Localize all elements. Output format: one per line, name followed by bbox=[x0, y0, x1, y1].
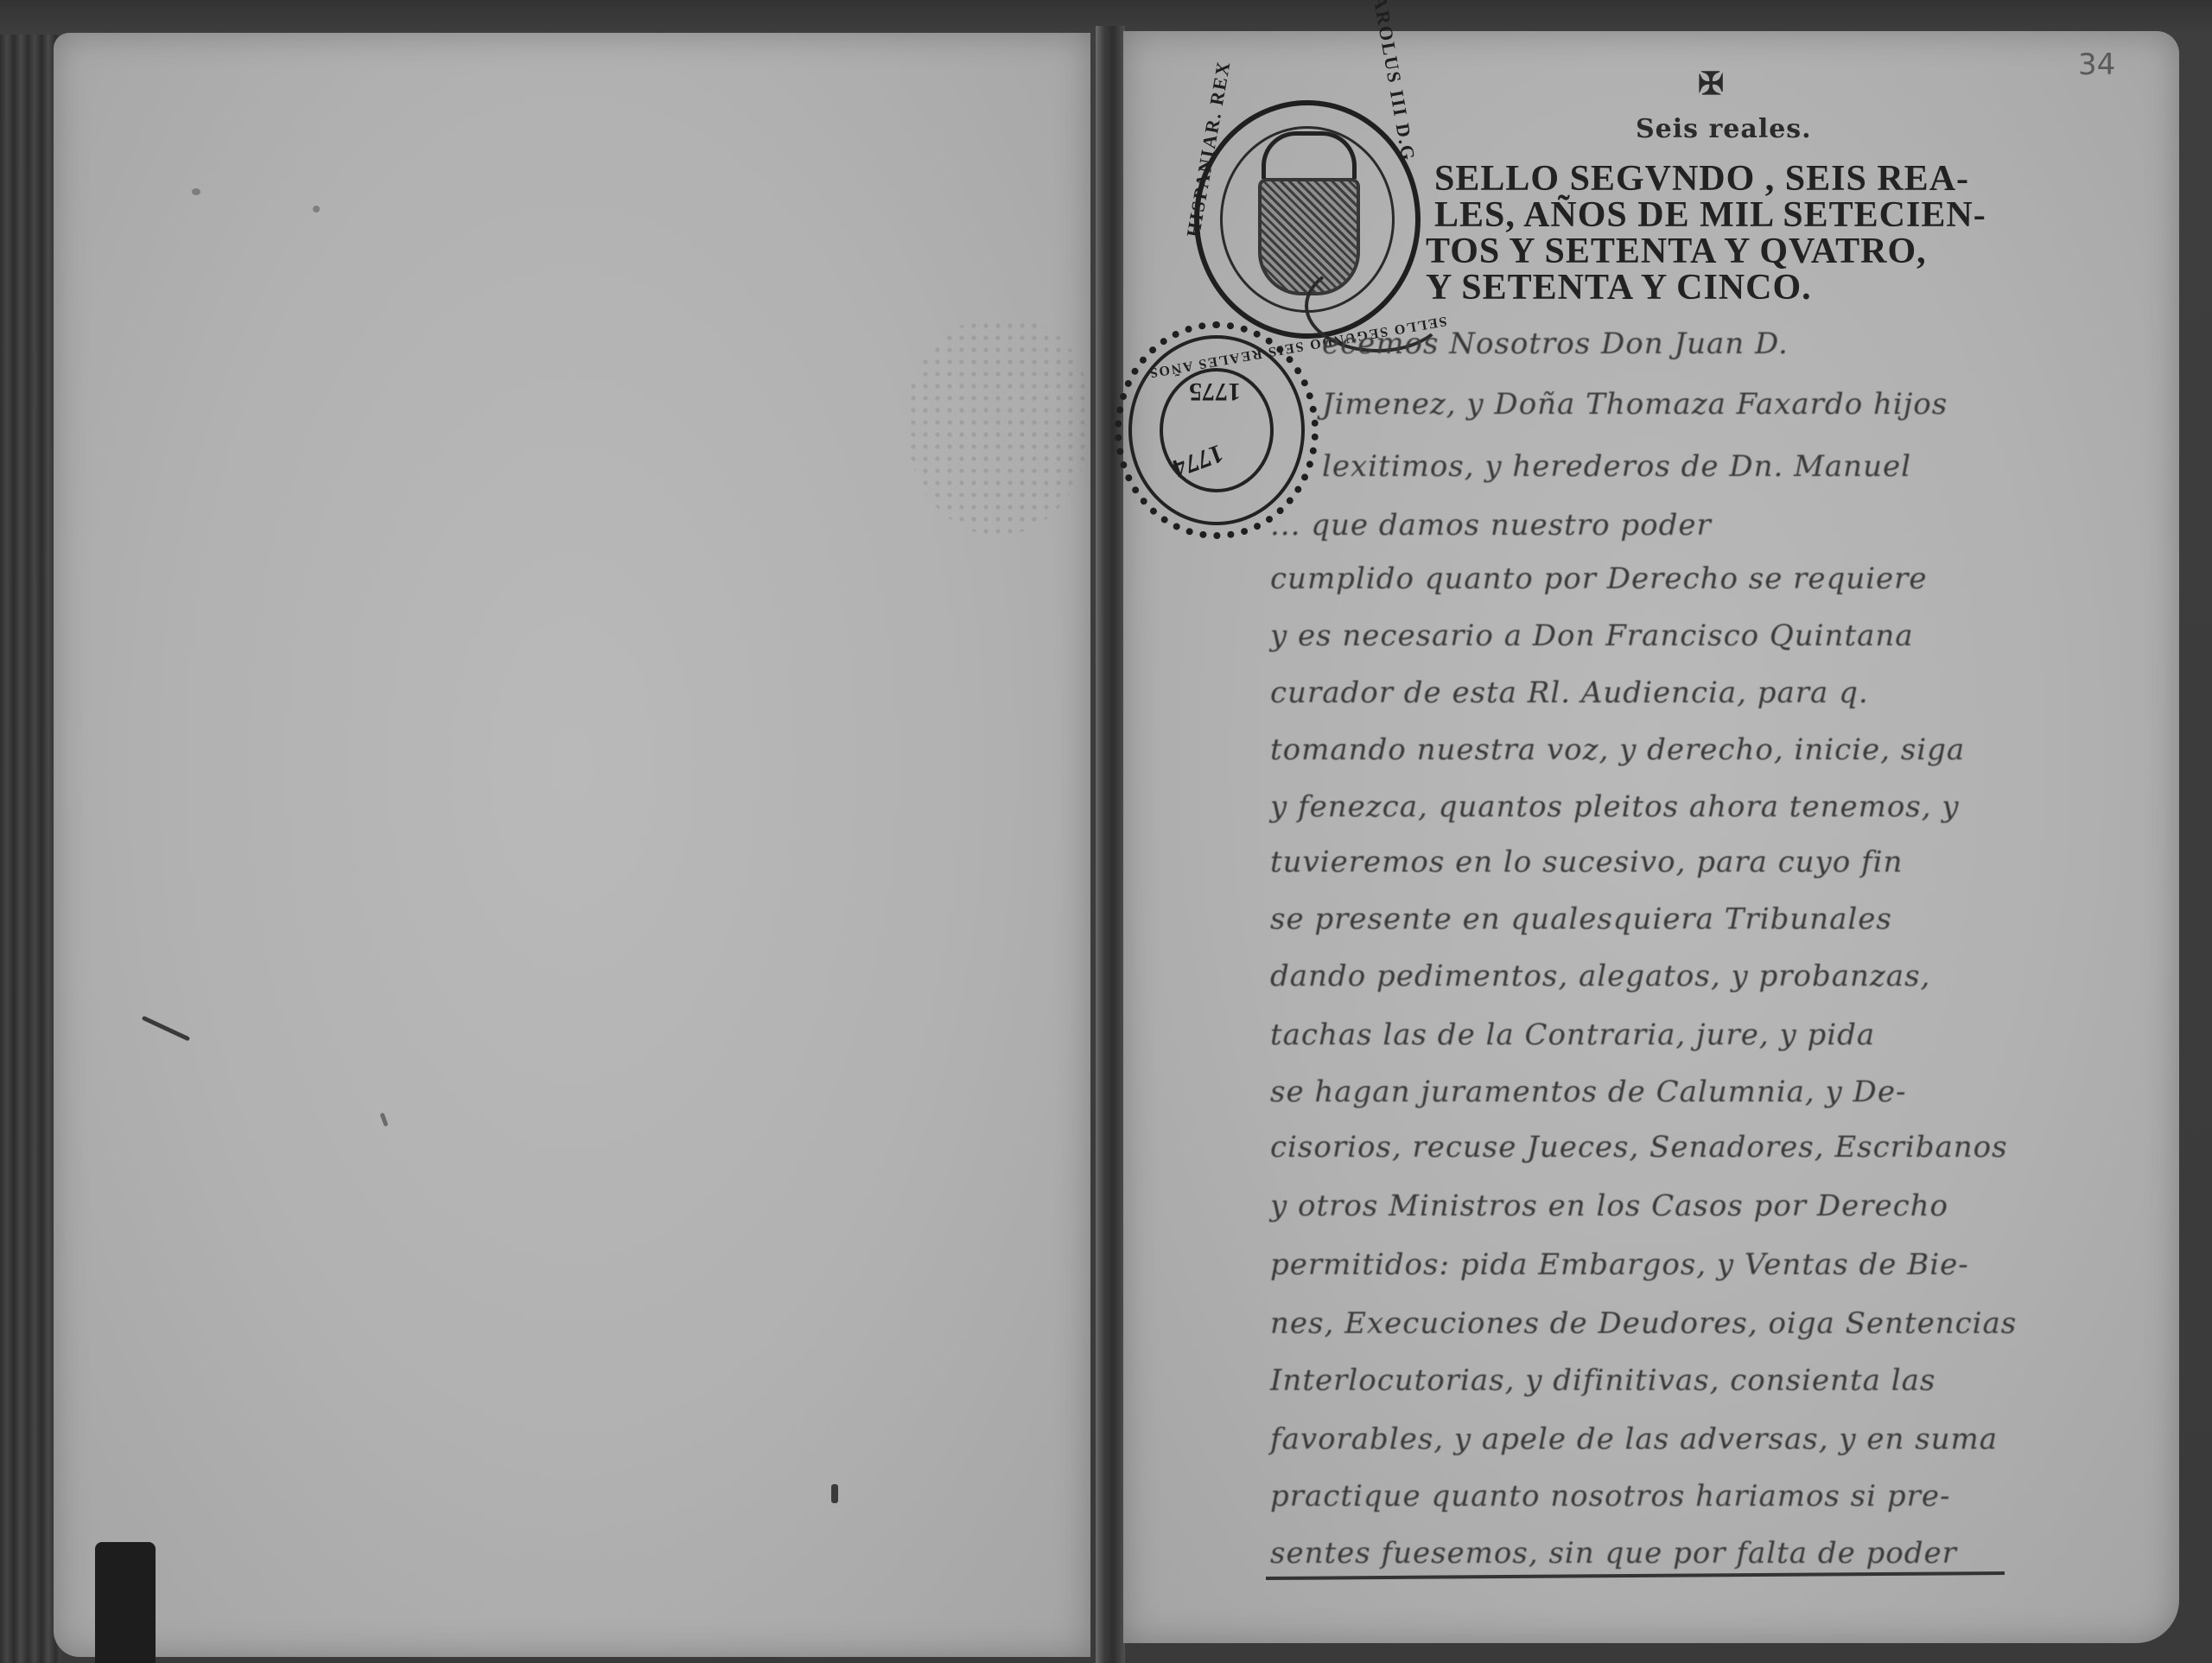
stamp-line: SELLO SEGVNDO , SEIS REA- bbox=[1434, 161, 2022, 197]
manuscript-line: se hagan juramentos de Calumnia, y De- bbox=[1270, 1075, 1906, 1109]
stamp-line: Y SETENTA Y CINCO. bbox=[1426, 270, 2022, 306]
dated-seal-icon: SELLO SEGUNDO SEIS REALES AÑOS 1775 1774 bbox=[1115, 321, 1319, 539]
manuscript-line: sentes fuesemos, sin que por falta de po… bbox=[1270, 1536, 1957, 1571]
manuscript-line: cisorios, recuse Jueces, Senadores, Escr… bbox=[1270, 1130, 2008, 1165]
manuscript-line: lexitimos, y herederos de Dn. Manuel bbox=[1322, 449, 1911, 484]
paper-speck bbox=[192, 188, 200, 195]
manuscript-line: practique quanto nosotros hariamos si pr… bbox=[1270, 1479, 1950, 1514]
manuscript-line: tachas las de la Contraria, jure, y pida bbox=[1270, 1018, 1875, 1052]
stamp-line: TOS Y SETENTA Y QVATRO, bbox=[1426, 233, 2022, 270]
binding-tab bbox=[95, 1542, 156, 1663]
ink-stroke bbox=[379, 1113, 388, 1127]
manuscript-line: nes, Execuciones de Deudores, oiga Sente… bbox=[1270, 1306, 2017, 1341]
stamp-line: LES, AÑOS DE MIL SETECIEN- bbox=[1434, 197, 2022, 233]
seal-year: 1775 bbox=[1189, 377, 1241, 406]
manuscript-line: dando pedimentos, alegatos, y probanzas, bbox=[1270, 959, 1930, 993]
left-page-blank bbox=[54, 33, 1090, 1657]
manuscript-line: tomando nuestra voz, y derecho, inicie, … bbox=[1270, 733, 1965, 767]
manuscript-line: y fenezca, quantos pleitos ahora tenemos… bbox=[1270, 790, 1960, 824]
manuscript-line: Interlocutorias, y difinitivas, consient… bbox=[1270, 1363, 1935, 1398]
paper-speck bbox=[313, 206, 320, 213]
manuscript-line: y es necesario a Don Francisco Quintana bbox=[1270, 619, 1914, 653]
manuscript-line: favorables, y apele de las adversas, y e… bbox=[1270, 1422, 1998, 1457]
book-binding-edge bbox=[0, 35, 60, 1663]
manuscript-line: permitidos: pida Embargos, y Ventas de B… bbox=[1270, 1247, 1969, 1282]
manuscript-line: se presente en qualesquiera Tribunales bbox=[1270, 902, 1892, 936]
ink-bleed-through bbox=[907, 320, 1089, 536]
manuscript-line: curador de esta Rl. Audiencia, para q. bbox=[1270, 676, 1869, 710]
stamped-paper-header: SELLO SEGVNDO , SEIS REA- LES, AÑOS DE M… bbox=[1434, 161, 2022, 306]
manuscript-line: ... que damos nuestro poder bbox=[1270, 508, 1712, 543]
stamp-price-label: Seis reales. bbox=[1636, 114, 1812, 144]
cross-icon: ✠ bbox=[1698, 66, 1724, 102]
manuscript-line: cumplido quanto por Derecho se requiere bbox=[1270, 562, 1928, 596]
manuscript-line: ecemos Nosotros Don Juan D. bbox=[1322, 327, 1789, 361]
ink-dot bbox=[831, 1484, 838, 1503]
crown-icon bbox=[1262, 131, 1357, 179]
book-gutter bbox=[1096, 26, 1125, 1663]
folio-number: 34 bbox=[2078, 48, 2115, 82]
manuscript-line: tuvieremos en lo sucesivo, para cuyo fin bbox=[1270, 845, 1903, 879]
manuscript-line: Jimenez, y Doña Thomaza Faxardo hijos bbox=[1322, 387, 1948, 422]
ink-stroke bbox=[142, 1016, 190, 1042]
manuscript-line: y otros Ministros en los Casos por Derec… bbox=[1270, 1189, 1948, 1223]
